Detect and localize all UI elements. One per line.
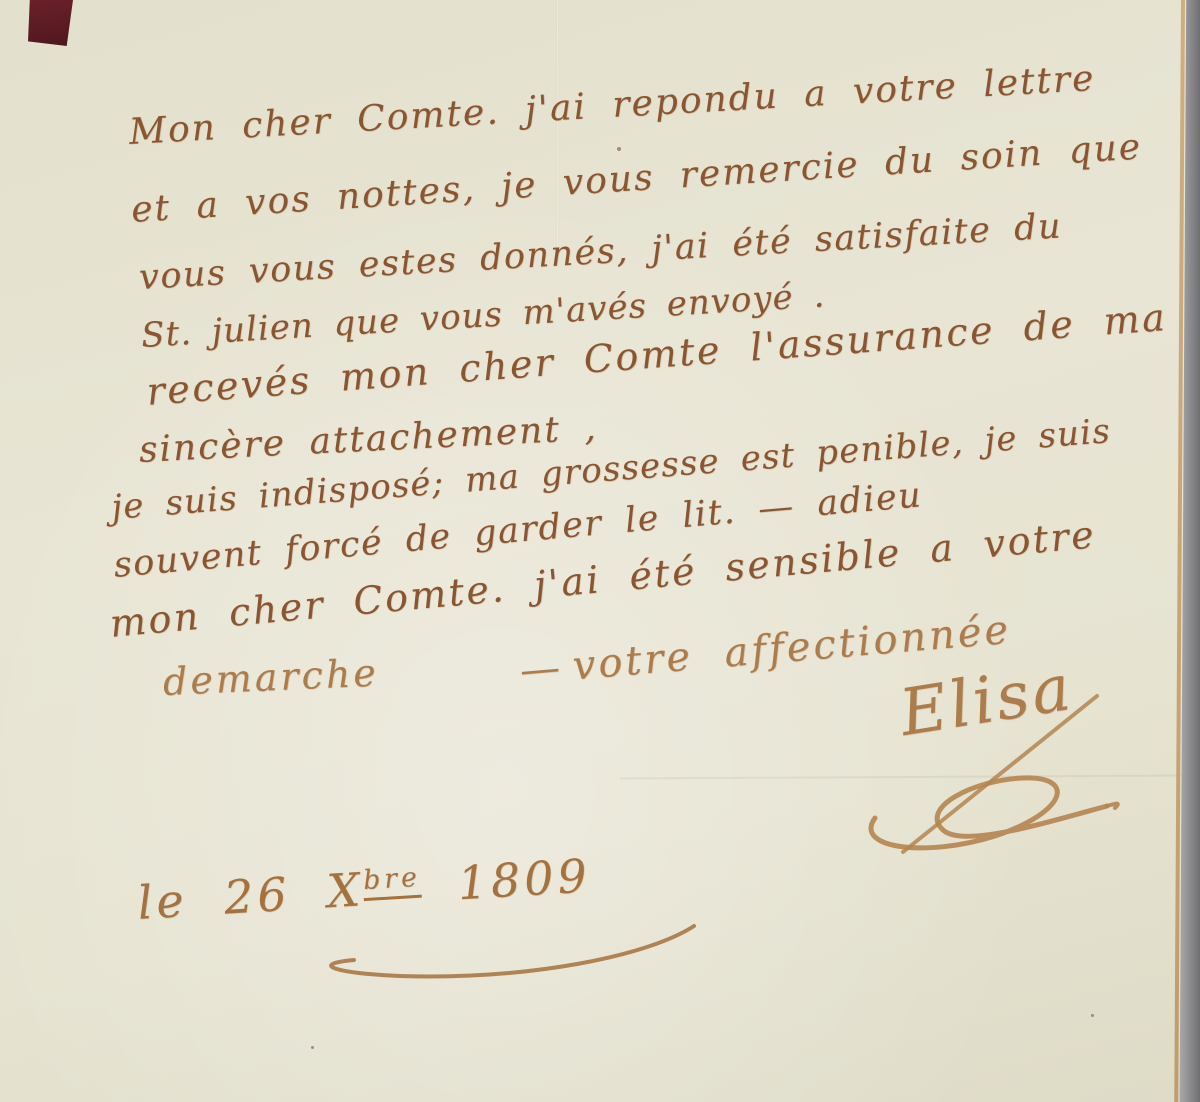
dateline-prefix: le 26 [136,867,292,930]
signature-paraph-flourish [845,690,1125,870]
dateline-year: 1809 [456,848,592,910]
dateline-month-superscript: bre [362,861,422,900]
corner-mark [28,0,73,46]
closing-dash: — [518,644,565,693]
ink-speck [617,147,621,151]
dateline-month: X [325,862,365,918]
letter-line-demarche: demarche [162,651,380,704]
letter-paper: Mon cher Comte. j'ai repondu a votre let… [0,0,1200,1102]
ink-speck [1091,1014,1094,1017]
letter-photograph: Mon cher Comte. j'ai repondu a votre let… [0,0,1200,1102]
ink-speck [311,1046,314,1049]
date-underline-flourish [290,918,710,993]
